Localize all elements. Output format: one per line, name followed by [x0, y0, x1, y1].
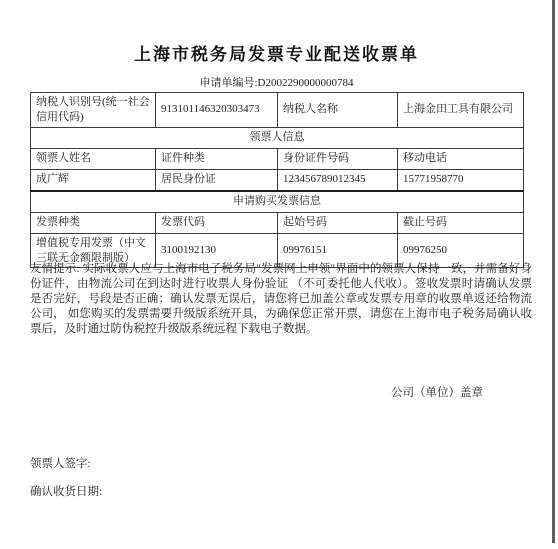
taxpayer-name-value-cell: 上海金田工具有限公司 — [398, 93, 524, 128]
page-title: 上海市税务局发票专业配送收票单 — [0, 40, 553, 65]
recipient-value-row: 成广辉 居民身份证 123456789012345 15771958770 — [31, 169, 524, 191]
header-cell: 发票代码 — [156, 212, 278, 233]
taxpayer-id-value-cell: 913101146320303473 — [156, 93, 278, 128]
receipt-form-table: 纳税人识别号(统一社会信用代码) 913101146320303473 纳税人名… — [30, 92, 524, 268]
recipient-signature-label: 领票人签字: — [30, 455, 91, 471]
confirm-receipt-date-label: 确认收货日期: — [30, 483, 102, 499]
value-cell: 123456789012345 — [278, 169, 398, 191]
taxpayer-id-label-cell: 纳税人识别号(统一社会信用代码) — [31, 93, 156, 128]
recipient-section-title: 领票人信息 — [31, 127, 524, 148]
company-stamp-label: 公司（单位）盖章 — [0, 384, 483, 400]
application-number: 申请单编号:D2002290000000784 — [0, 74, 553, 90]
invoice-section-row: 申请购买发票信息 — [31, 191, 524, 213]
recipient-header-row: 领票人姓名 证件种类 身份证件号码 移动电话 — [31, 148, 524, 169]
value-cell: 成广辉 — [31, 169, 156, 191]
receipt-document: 上海市税务局发票专业配送收票单 申请单编号:D2002290000000784 … — [0, 0, 558, 549]
header-cell: 证件种类 — [156, 148, 278, 169]
page-right-edge-line — [552, 0, 555, 543]
header-cell: 起始号码 — [278, 212, 398, 233]
header-cell: 领票人姓名 — [31, 148, 156, 169]
invoice-section-title: 申请购买发票信息 — [31, 191, 524, 213]
recipient-section-row: 领票人信息 — [31, 127, 524, 148]
friendly-notice-text: 友情提示: 实际收票人应与上海市电子税务局"发票网上申领"界面中的领票人保持一致… — [30, 262, 532, 337]
header-cell: 截止号码 — [398, 212, 524, 233]
taxpayer-row: 纳税人识别号(统一社会信用代码) 913101146320303473 纳税人名… — [31, 93, 524, 128]
header-cell: 移动电话 — [398, 148, 524, 169]
value-cell: 15771958770 — [398, 169, 524, 191]
value-cell: 居民身份证 — [156, 169, 278, 191]
header-cell: 身份证件号码 — [278, 148, 398, 169]
invoice-header-row: 发票种类 发票代码 起始号码 截止号码 — [31, 212, 524, 233]
header-cell: 发票种类 — [31, 212, 156, 233]
taxpayer-name-label-cell: 纳税人名称 — [278, 93, 398, 128]
